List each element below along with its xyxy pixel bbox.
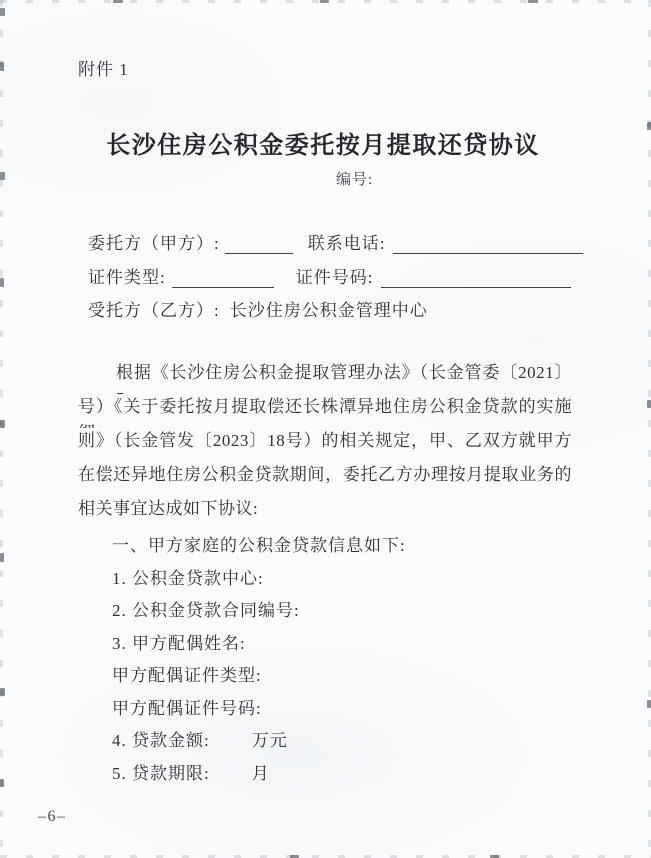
paragraph-line: 则》（长金管发〔2023〕18号）的相关规定，甲、乙双方就甲方 — [78, 428, 572, 462]
client-row: 委托方（甲方）: 联系电话: — [88, 229, 588, 254]
attachment-label: 附件 1 — [78, 55, 129, 80]
list-item: 甲方配偶证件号码: — [112, 696, 582, 729]
scan-artifact — [647, 700, 651, 708]
list-item: 甲方配偶证件类型: — [112, 663, 582, 696]
list-item: 3. 甲方配偶姓名: — [112, 631, 582, 664]
paragraph-line: 根据《长沙住房公积金提取管理办法》（长金管委〔2021〕5 — [78, 360, 572, 394]
scan-artifact — [0, 62, 4, 71]
spouse-id-type-label: 甲方配偶证件类型: — [112, 666, 262, 685]
document-number-label: 编号: — [336, 168, 373, 189]
loan-amount-label: 4. 贷款金额: — [112, 731, 210, 750]
preamble-paragraph: 根据《长沙住房公积金提取管理办法》（长金管委〔2021〕5 号）《关于委托按月提… — [78, 360, 572, 530]
paragraph-line: 相关事宜达成如下协议: — [78, 496, 572, 530]
spouse-id-number-label: 甲方配偶证件号码: — [112, 699, 262, 718]
loan-term-unit: 月 — [252, 764, 270, 783]
loan-amount-unit: 万元 — [252, 731, 288, 750]
loan-term-label: 5. 贷款期限: — [112, 764, 210, 783]
scan-artifact — [113, 0, 123, 3]
scan-artifact — [647, 400, 651, 408]
scan-artifact — [0, 688, 5, 696]
phone-blank — [393, 234, 583, 254]
scan-artifact — [0, 278, 4, 287]
id-number-blank — [381, 268, 571, 288]
trustee-label: 受托方（乙方）: — [88, 296, 220, 321]
scan-artifact — [320, 0, 329, 3]
loan-info-list: 一、甲方家庭的公积金贷款信息如下: 1. 公积金贷款中心: 2. 公积金贷款合同… — [112, 533, 582, 793]
loan-contract-number-label: 2. 公积金贷款合同编号: — [112, 601, 300, 620]
trustee-row: 受托方（乙方）: 长沙住房公积金管理中心 — [88, 296, 588, 321]
id-type-blank — [172, 268, 274, 288]
spouse-name-label: 3. 甲方配偶姓名: — [112, 634, 246, 653]
scan-artifact — [0, 553, 4, 562]
client-label: 委托方（甲方）: — [88, 229, 220, 254]
id-type-label: 证件类型: — [88, 263, 166, 288]
scan-artifact — [528, 0, 538, 3]
page-title: 长沙住房公积金委托按月提取还贷协议 — [0, 125, 646, 160]
loan-center-label: 1. 公积金贷款中心: — [112, 569, 264, 588]
paragraph-line: 在偿还异地住房公积金贷款期间，委托乙方办理按月提取业务的 — [78, 462, 572, 496]
list-item: 2. 公积金贷款合同编号: — [112, 598, 582, 631]
list-item: 4. 贷款金额:万元 — [112, 728, 582, 761]
id-row: 证件类型: 证件号码: — [88, 263, 588, 288]
paragraph-line: 号）《关于委托按月提取偿还长株潭异地住房公积金贷款的实施细 — [78, 394, 572, 428]
list-item: 5. 贷款期限:月 — [112, 761, 582, 794]
section-heading: 一、甲方家庭的公积金贷款信息如下: — [112, 533, 582, 566]
id-number-label: 证件号码: — [296, 263, 374, 288]
scan-artifact — [0, 8, 5, 16]
client-name-blank — [225, 234, 293, 254]
scan-artifact — [0, 172, 5, 180]
page-number: –6– — [38, 808, 67, 826]
phone-label: 联系电话: — [308, 229, 386, 254]
scan-artifact — [0, 420, 5, 428]
document-page: 附件 1 长沙住房公积金委托按月提取还贷协议 编号: 委托方（甲方）: 联系电话… — [0, 0, 651, 858]
scan-artifact — [647, 122, 651, 130]
trustee-value: 长沙住房公积金管理中心 — [230, 296, 428, 321]
list-item: 1. 公积金贷款中心: — [112, 566, 582, 599]
scan-artifact — [0, 779, 4, 787]
